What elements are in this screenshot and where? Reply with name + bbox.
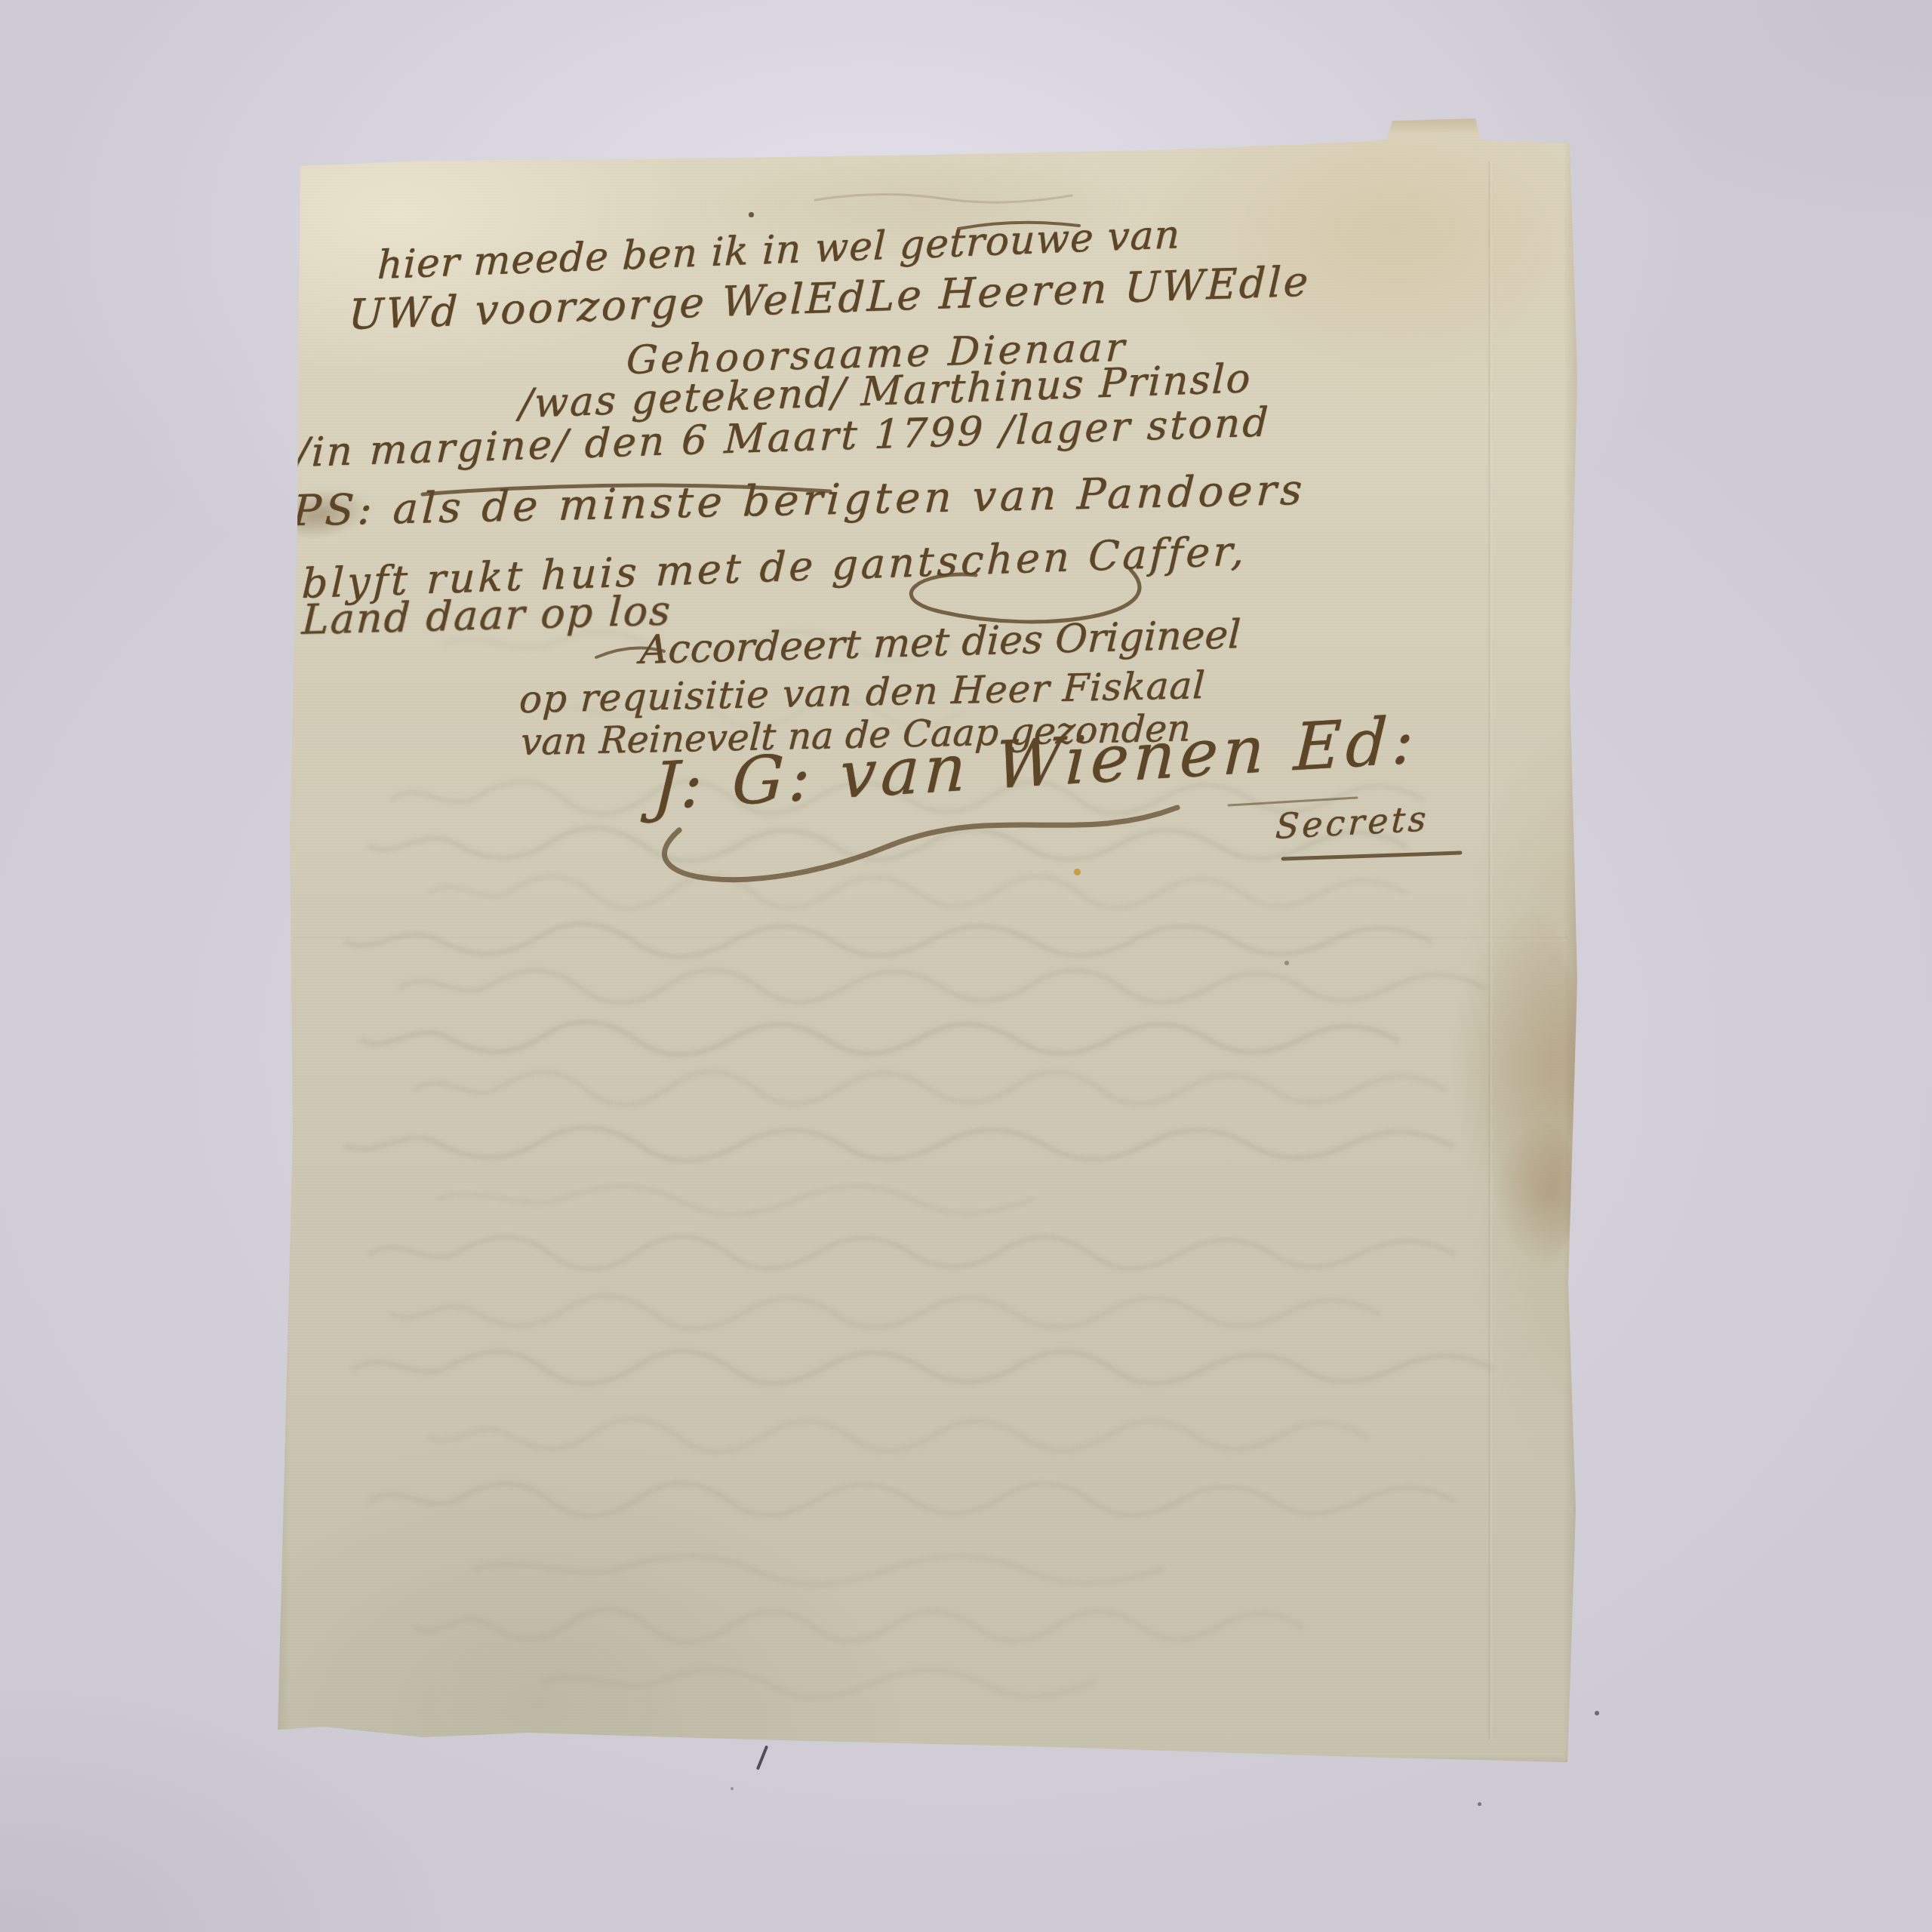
manuscript-paper: hier meede ben ik in wel getrouwe van UW…: [278, 117, 1579, 1768]
horizontal-crease: [293, 937, 1568, 941]
ink-speck: [749, 212, 754, 217]
paper-stain: [1452, 902, 1580, 1226]
surface-speck: [731, 1787, 734, 1790]
orange-speck: [1074, 869, 1081, 875]
surface-speck: [1478, 1802, 1481, 1806]
signature-title: Secrets: [1275, 798, 1430, 847]
surface-slash-mark: [756, 1745, 768, 1770]
paper-stain: [1494, 1121, 1579, 1264]
manuscript-line: Land daar op los: [301, 586, 673, 644]
surface-speck: [1595, 1711, 1599, 1715]
photo-of-manuscript: hier meede ben ik in wel getrouwe van UW…: [0, 0, 1932, 1932]
paper-speck: [1284, 961, 1289, 965]
vertical-crease: [1487, 162, 1493, 1740]
manuscript-line: PS: als de minste berigten van Pandoers: [291, 466, 1306, 536]
